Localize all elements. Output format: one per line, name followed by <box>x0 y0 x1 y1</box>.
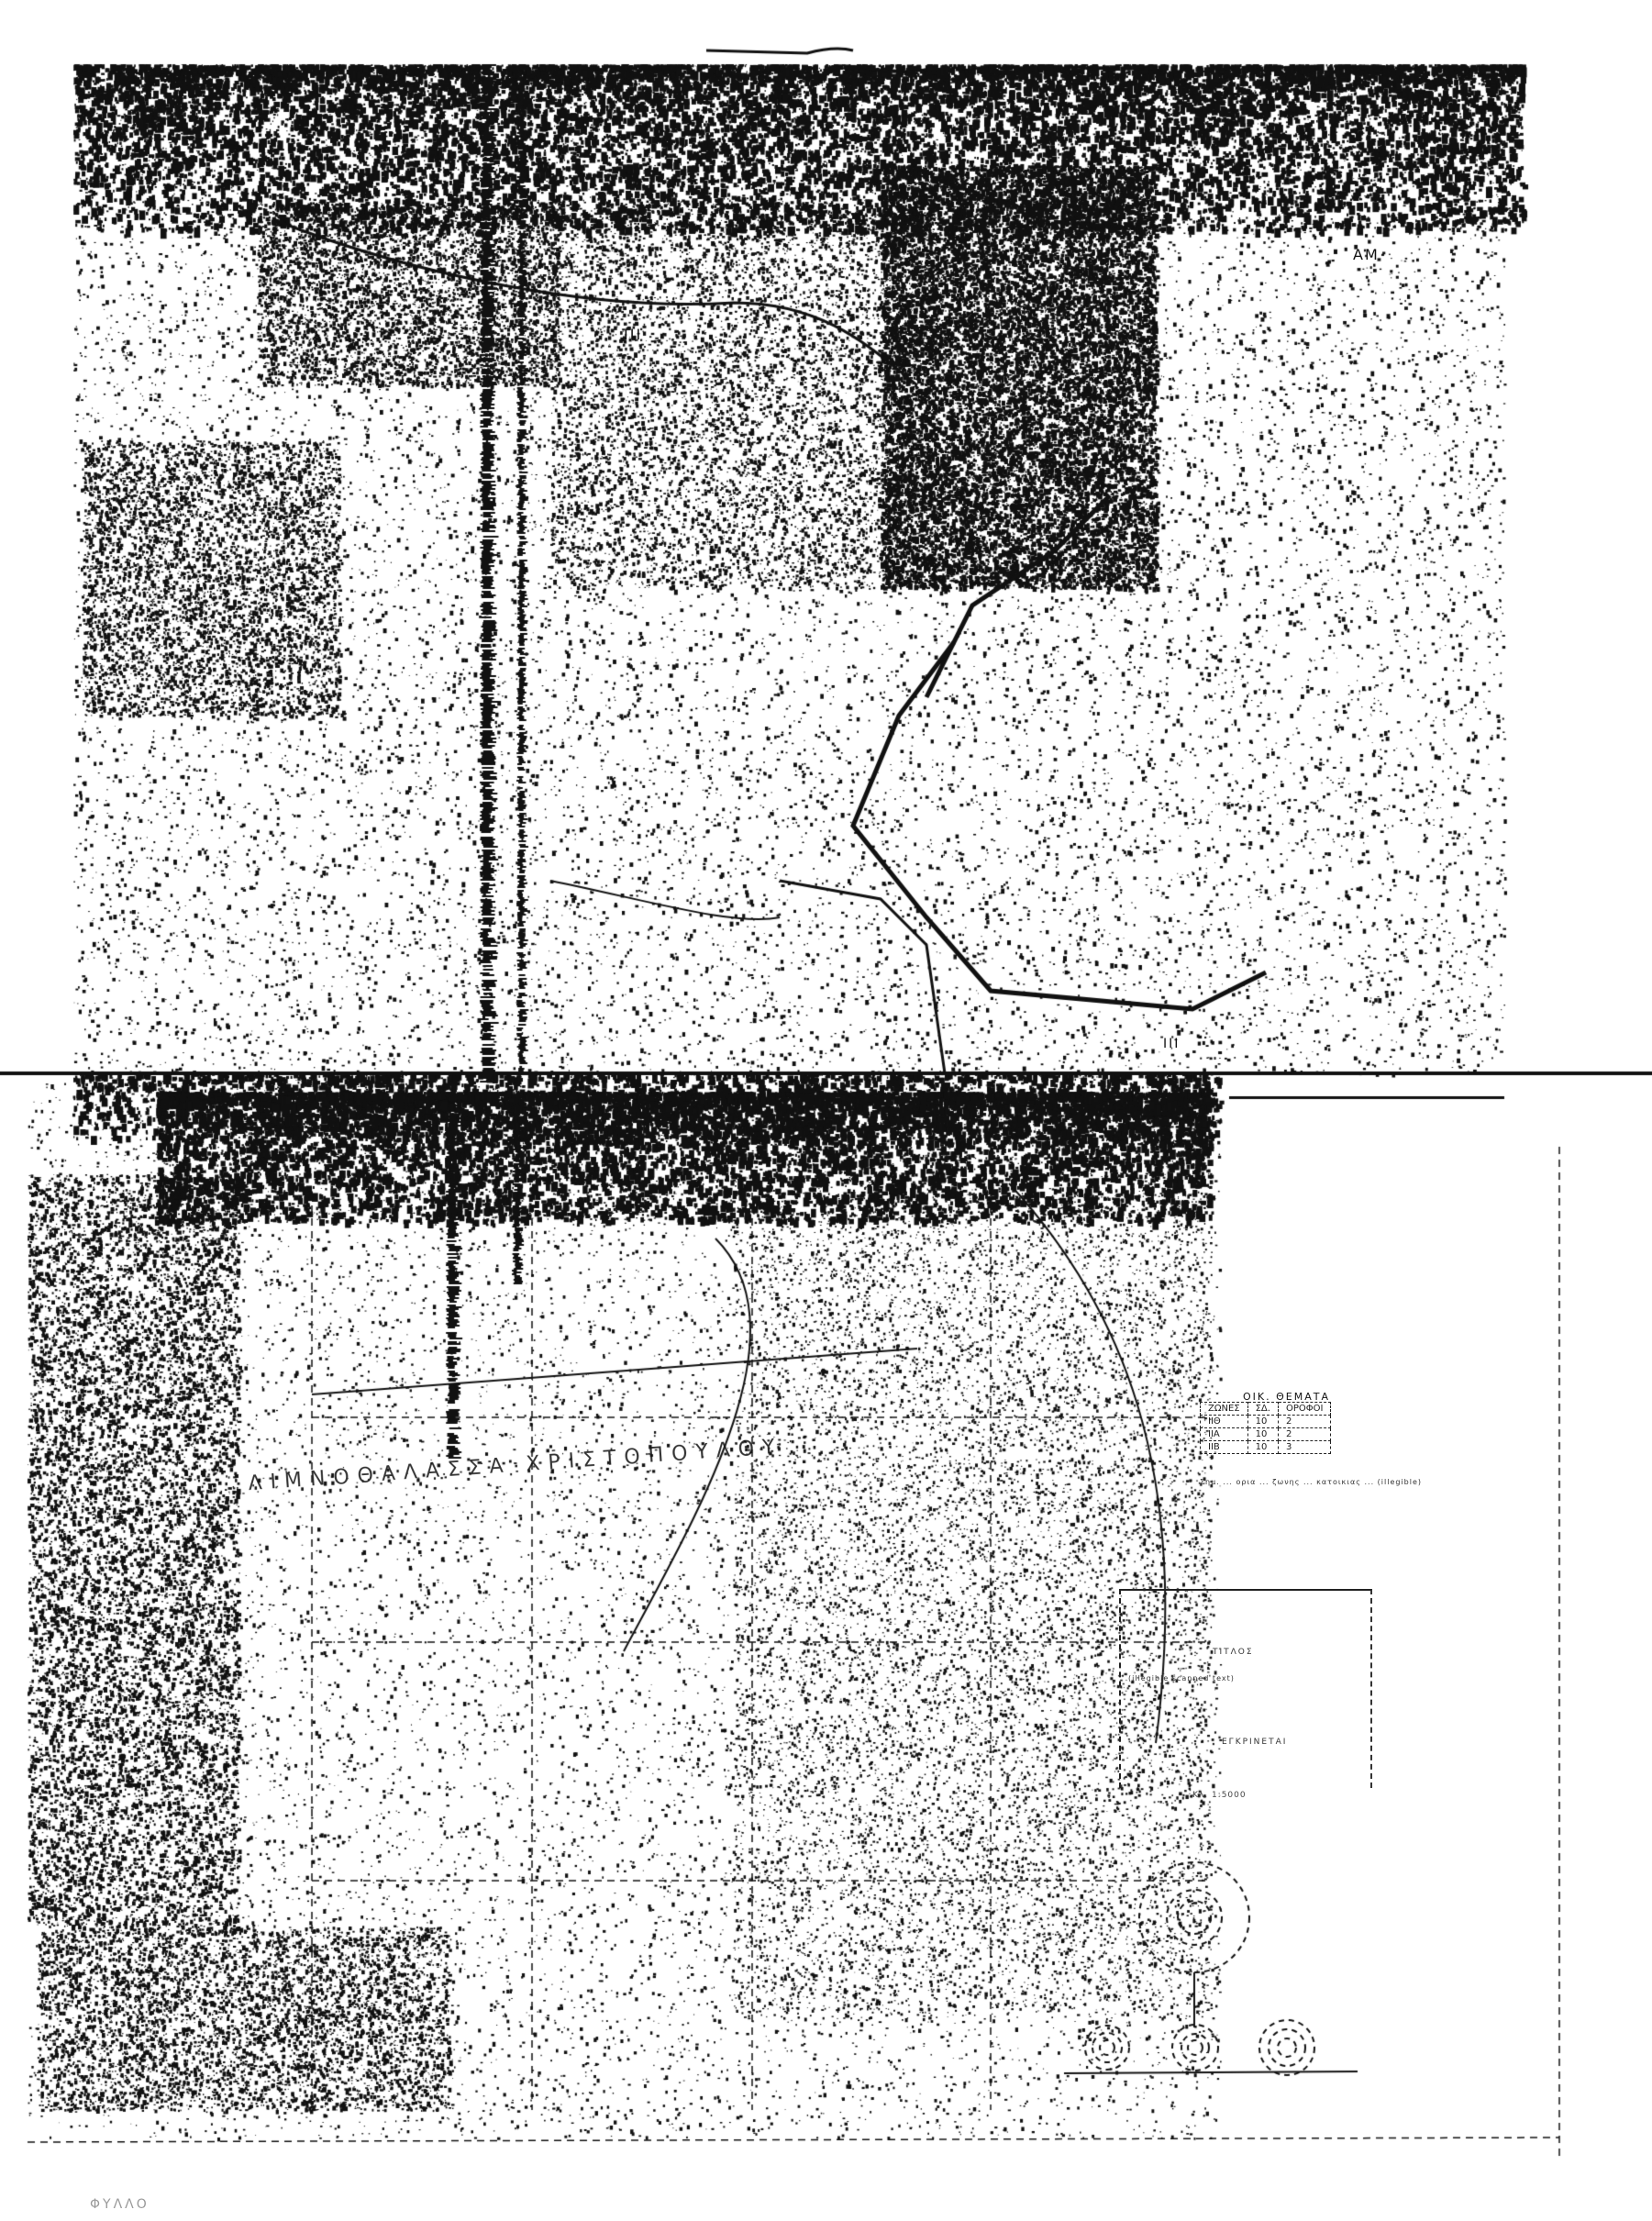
density-table: ΖΩΝΕΣ ΣΔ. ΟΡΟΦΟΙ ΙΙΘ 10 2 ΙΙΑ 10 2 ΙΙΒ 1… <box>1200 1402 1331 1454</box>
zone-label-upper: ΙΙΙ <box>624 326 642 343</box>
title-heading: ΤΙΤΛΟΣ <box>1213 1648 1254 1657</box>
table-row: ΙΙΘ 10 2 <box>1201 1416 1331 1428</box>
sheet-mark: ΦΥΛΛΟ <box>90 2197 150 2212</box>
title-block: ΤΙΤΛΟΣ (illegible scanned text) ΕΓΚΡΙΝΕΤ… <box>1119 1589 1372 1788</box>
table-row: ΙΙΑ 10 2 <box>1201 1428 1331 1441</box>
table-row: ΙΙΒ 10 3 <box>1201 1441 1331 1454</box>
col-coef: ΣΔ. <box>1247 1403 1278 1416</box>
zone-label-lower: ΙΙΙ <box>1163 1037 1180 1051</box>
title-body: (illegible scanned text) <box>1128 1673 1362 1684</box>
col-floors: ΟΡΟΦΟΙ <box>1278 1403 1330 1416</box>
scale-note: Κλ. 1:5000 <box>1192 1791 1247 1800</box>
area-label: ΑΜ <box>1353 246 1380 263</box>
table-note: Σημ. ... ορια ... ζωνης ... κατοικιας ..… <box>1200 1477 1475 1487</box>
title-footer: ΕΓΚΡΙΝΕΤΑΙ <box>1222 1738 1287 1747</box>
map-scan <box>0 0 1652 2221</box>
col-zone: ΖΩΝΕΣ <box>1201 1403 1248 1416</box>
